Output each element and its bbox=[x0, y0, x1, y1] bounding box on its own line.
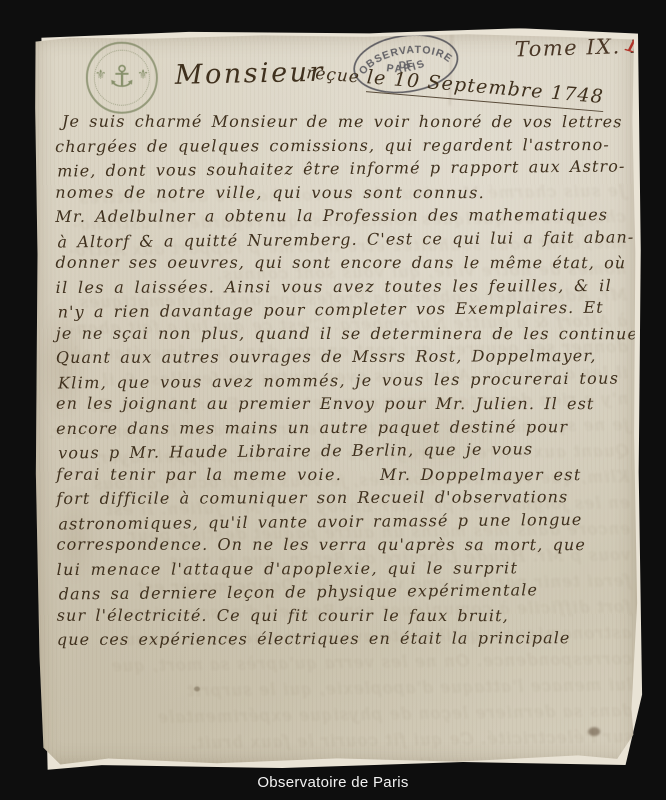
anchor-seal: ⚓ ⚜ ⚜ bbox=[86, 42, 158, 114]
letter-line: nomes de notre ville, qui vous sont conn… bbox=[55, 180, 630, 204]
letter-line: astronomiques, qu'il vante avoir ramassé… bbox=[58, 507, 633, 536]
letter-body: Je suis charmé Monsieur de me voir honor… bbox=[55, 109, 632, 652]
letter-line: fort difficile à comuniquer son Recueil … bbox=[56, 485, 631, 511]
caption: Observatoire de Paris bbox=[0, 774, 666, 791]
letter-line: Quant aux autres ouvrages de Mssrs Rost,… bbox=[56, 344, 631, 370]
letter-line: en les joignant au premier Envoy pour Mr… bbox=[56, 392, 631, 416]
letter-line: lui menace l'attaque d'apoplexie, qui le… bbox=[57, 555, 632, 581]
letter-line: sur l'électricité. Ce qui fit courir le … bbox=[31, 724, 633, 758]
letter-line: lui menace l'attaque d'apoplexie, qui le… bbox=[30, 672, 632, 706]
letter-line: il les a laissées. Ainsi vous avez toute… bbox=[56, 273, 631, 299]
letter-line: chargées de quelques comissions, qui reg… bbox=[55, 132, 630, 158]
paper-stain bbox=[588, 727, 600, 736]
letter-line: Mr. Adelbulner a obtenu la Profession de… bbox=[55, 203, 630, 229]
letter-line: correspondence. On ne les verra qu'après… bbox=[56, 533, 631, 557]
letter-line: ferai tenir par la meme voie. Mr. Doppel… bbox=[56, 462, 631, 486]
fleur-de-lis-icon: ⚜ bbox=[137, 69, 149, 82]
salutation: Monsieur bbox=[175, 57, 326, 91]
manuscript-photo: Je suis charmé Monsieur de me voir honor… bbox=[0, 0, 666, 800]
red-number-annotation: 1 bbox=[621, 27, 644, 59]
letter-line: dans sa derniere leçon de physique expér… bbox=[30, 698, 632, 732]
letter-line: sur l'électricité. Ce qui fit courir le … bbox=[57, 603, 632, 627]
letter-line: à Altorf & a quitté Nuremberg. C'est ce … bbox=[57, 225, 632, 254]
letter-line: Je suis charmé Monsieur de me voir honor… bbox=[62, 110, 630, 134]
paper-sheet: Je suis charmé Monsieur de me voir honor… bbox=[34, 33, 639, 766]
anchor-icon: ⚓ bbox=[108, 63, 135, 93]
letter-line: vous p Mr. Haude Libraire de Berlin, que… bbox=[58, 436, 633, 465]
letter-line: mie, dont vous souhaitez être informé p … bbox=[57, 154, 632, 183]
letter-line: Klim, que vous avez nommés, je vous les … bbox=[58, 366, 633, 395]
paper-stain bbox=[194, 686, 200, 691]
fleur-de-lis-icon: ⚜ bbox=[95, 69, 107, 82]
letter-line: n'y a rien davantage pour completer vos … bbox=[58, 295, 633, 324]
letter-line: donner ses oeuvres, qui sont encore dans… bbox=[56, 251, 631, 275]
letter-line: je ne sçai non plus, quand il se determi… bbox=[56, 321, 631, 345]
letter-line: dans sa derniere leçon de physique expér… bbox=[59, 577, 634, 606]
letter-line: que ces expériences électriques en était… bbox=[57, 626, 632, 652]
received-date: le 10 Septembre 1748 bbox=[366, 66, 605, 112]
letter-line: encore dans mes mains un autre paquet de… bbox=[56, 414, 631, 440]
